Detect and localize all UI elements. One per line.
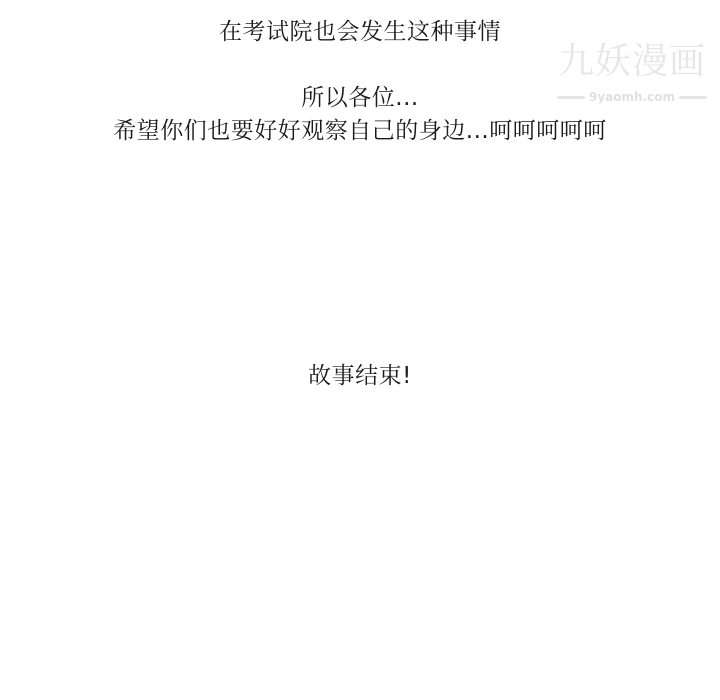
watermark-dash-right <box>679 96 707 99</box>
caption-line-3: 希望你们也要好好观察自己的身边...呵呵呵呵呵 <box>0 116 720 146</box>
ending-caption: 故事结束! <box>0 361 720 391</box>
comic-panel: 在考试院也会发生这种事情 所以各位... 希望你们也要好好观察自己的身边...呵… <box>0 0 720 700</box>
watermark-title: 九妖漫画 <box>548 42 716 82</box>
site-watermark: 九妖漫画 9yaomh.com <box>548 42 716 112</box>
watermark-site: 9yaomh.com <box>589 90 675 104</box>
watermark-dash-left <box>557 96 585 99</box>
watermark-site-row: 9yaomh.com <box>548 90 716 104</box>
